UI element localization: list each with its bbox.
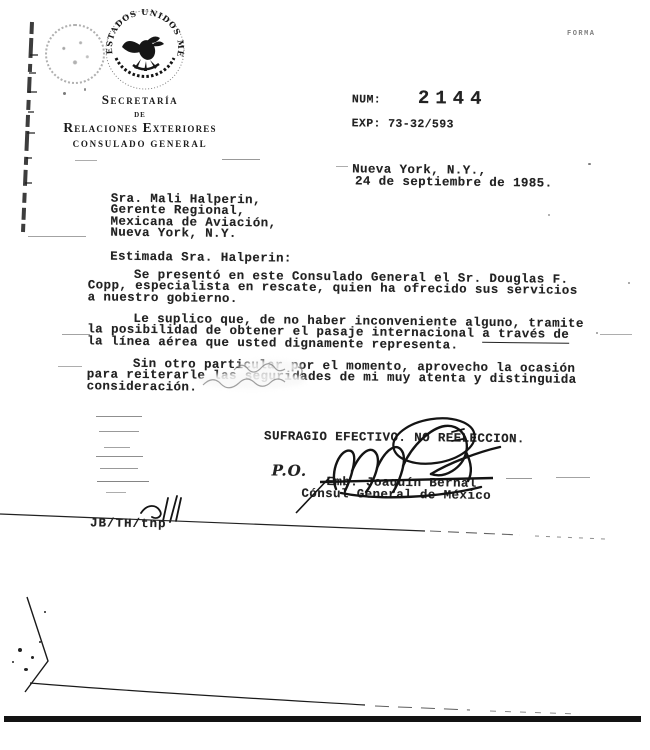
scan-dash [96, 456, 143, 457]
scan-dash [97, 481, 149, 482]
date-line: 24 de septiembre de 1985. [355, 174, 553, 190]
ink-speck [24, 668, 28, 671]
scan-dash [28, 236, 86, 237]
scan-dash [99, 431, 139, 432]
num-label: NUM: [352, 93, 381, 106]
num-value: 2144 [418, 87, 488, 110]
paragraph-2: Le suplico que, de no haber inconvenient… [87, 313, 584, 353]
salutation: Estimada Sra. Halperin: [110, 250, 292, 266]
scan-dash [100, 468, 138, 469]
scan-dash [600, 334, 632, 335]
scan-dash [506, 478, 532, 479]
scan-dash [62, 334, 90, 335]
ink-speck [596, 332, 598, 334]
ink-speck [628, 282, 630, 284]
scan-dash [222, 159, 260, 160]
ink-speck [84, 88, 86, 91]
ink-speck [588, 163, 591, 165]
paragraph-3: Sin otro particular por el momento, apro… [87, 358, 577, 398]
scanned-letter-page: ESTADOS UNIDOS MEXICANOS Secretaría de R… [0, 0, 650, 750]
po-initials: P.O. [272, 461, 308, 479]
paragraph-1: Se presentó en este Consulado General el… [88, 269, 578, 309]
ink-smudge [198, 372, 306, 389]
scan-dash [106, 492, 126, 493]
ink-speck [548, 214, 550, 216]
recipient-block: Sra. Mali Halperin, Gerente Regional, Me… [110, 194, 276, 241]
ink-speck [63, 92, 66, 95]
scan-dash [336, 166, 348, 167]
ink-speck [31, 656, 34, 659]
scan-dash [96, 416, 142, 417]
exp-line: EXP: 73-32/593 [352, 117, 454, 131]
ink-speck [44, 611, 46, 613]
ink-speck [12, 661, 14, 663]
scan-dash [58, 366, 82, 367]
scan-dash [556, 477, 590, 478]
typist-initials: JB/TH/tnp [90, 516, 167, 531]
underlined-phrase: a través de [482, 327, 569, 344]
ink-speck [39, 641, 41, 643]
scan-edge-bar [4, 716, 641, 722]
signer-title: Cónsul General de México [301, 487, 491, 503]
motto-line: SUFRAGIO EFECTIVO. NO REELECCION. [264, 429, 525, 446]
ink-speck [18, 648, 22, 652]
scan-dash [104, 447, 130, 448]
scan-dash [75, 160, 97, 161]
typed-content: NUM: 2144 EXP: 73-32/593 Nueva York, N.Y… [0, 0, 650, 750]
